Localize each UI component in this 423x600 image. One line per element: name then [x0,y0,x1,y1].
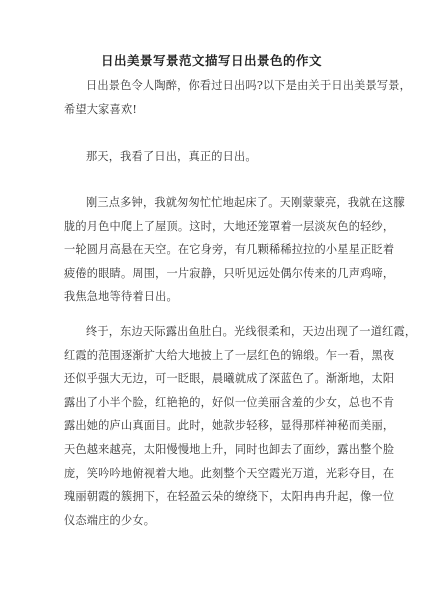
paragraph-line: 那天，我看了日出，真正的日出。 [64,145,364,169]
paragraph-line: 仪态端庄的少女。 [64,509,364,533]
paragraph-line: 庞，笑吟吟地俯视着大地。此刻整个天空霞光万道，光彩夺目，在 [64,462,364,486]
paragraph-line: 希望大家喜欢! [64,98,364,122]
paragraph-line: 露出她的庐山真面目。此时，她款步轻移，显得那样神秘而美丽， [64,414,364,438]
paragraph-sunrise: 终于，东边天际露出鱼肚白。光线很柔和，天边出现了一道红霞， 红霞的范围逐渐扩大给… [64,320,364,532]
paragraph-line: 刚三点多钟，我就匆匆忙忙地起床了。天刚蒙蒙亮，我就在这朦 [64,191,364,215]
paragraph-intro: 日出景色令人陶醉，你看过日出吗?以下是由关于日出美景写景， 希望大家喜欢! [64,74,364,121]
paragraph-line: 露出了小半个脸，红艳艳的，好似一位美丽含羞的少女，总也不肯 [64,391,364,415]
paragraph-waiting: 刚三点多钟，我就匆匆忙忙地起床了。天刚蒙蒙亮，我就在这朦 胧的月色中爬上了屋顶。… [64,191,364,309]
paragraph-line: 我焦急地等待着日出。 [64,285,364,309]
paragraph-line: 瑰丽朝霞的簇拥下，在轻盈云朵的缭绕下，太阳冉冉升起，像一位 [64,485,364,509]
paragraph-line: 还似乎强大无边，可一眨眼，晨曦就成了深蓝色了。渐渐地，太阳 [64,367,364,391]
paragraph-line: 日出景色令人陶醉，你看过日出吗?以下是由关于日出美景写景， [64,74,364,98]
paragraph-that-day: 那天，我看了日出，真正的日出。 [64,145,364,169]
paragraph-line: 红霞的范围逐渐扩大给大地披上了一层红色的锦缎。乍一看，黑夜 [64,344,364,368]
document-title: 日出美景写景范文描写日出景色的作文 [0,51,423,69]
paragraph-line: 天色越来越亮，太阳慢慢地上升，同时也卸去了面纱，露出整个脸 [64,438,364,462]
paragraph-line: 一轮圆月高悬在天空。在它身旁，有几颗稀稀拉拉的小星星正眨着 [64,238,364,262]
paragraph-line: 终于，东边天际露出鱼肚白。光线很柔和，天边出现了一道红霞， [64,320,364,344]
document-page: 日出美景写景范文描写日出景色的作文 日出景色令人陶醉，你看过日出吗?以下是由关于… [0,0,423,600]
paragraph-line: 胧的月色中爬上了屋顶。这时，大地还笼罩着一层淡灰色的轻纱， [64,215,364,239]
paragraph-line: 疲倦的眼睛。周围，一片寂静，只听见远处偶尔传来的几声鸡啼， [64,262,364,286]
